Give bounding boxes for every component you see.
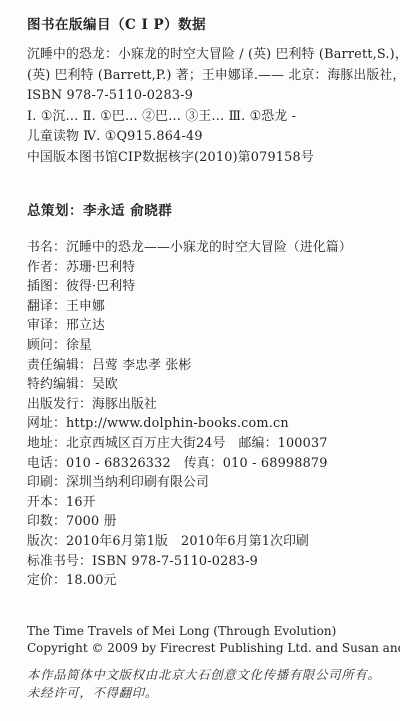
detail-print-run: 印数：7000 册	[27, 512, 390, 532]
copyright-page: 图书在版编目（C I P）数据 沉睡中的恐龙：小寐龙的时空大冒险 / (英) 巴…	[0, 0, 400, 721]
detail-translation-reviewer: 审译：邢立达	[27, 316, 390, 336]
english-title: The Time Travels of Mei Long (Through Ev…	[27, 623, 390, 640]
detail-standard-isbn: 标准书号：ISBN 978-7-5110-0283-9	[27, 552, 390, 572]
cip-isbn: ISBN 978-7-5110-0283-9	[27, 86, 390, 107]
detail-format: 开本：16开	[27, 493, 390, 513]
detail-publisher: 出版发行：海豚出版社	[27, 395, 390, 415]
publication-details: 书名：沉睡中的恐龙——小寐龙的时空大冒险（进化篇） 作者：苏珊·巴利特 插图：彼…	[27, 238, 390, 591]
detail-illustrator: 插图：彼得·巴利特	[27, 277, 390, 297]
detail-phone-fax: 电话：010 - 68326332 传真：010 - 68998879	[27, 454, 390, 474]
detail-printer: 印刷：深圳当纳利印刷有限公司	[27, 473, 390, 493]
detail-price: 定价：18.00元	[27, 571, 390, 591]
detail-consultant: 顾问：徐星	[27, 336, 390, 356]
detail-author: 作者：苏珊·巴利特	[27, 258, 390, 278]
cip-block: 沉睡中的恐龙：小寐龙的时空大冒险 / (英) 巴利特 (Barrett,S.)，…	[27, 45, 390, 169]
detail-book-title: 书名：沉睡中的恐龙——小寐龙的时空大冒险（进化篇）	[27, 238, 390, 258]
rights-holder-statement: 本作品简体中文版权由北京大石创意文化传播有限公司所有。	[27, 667, 390, 685]
no-reprint-statement: 未经许可，不得翻印。	[27, 685, 390, 703]
detail-responsible-editors: 责任编辑：吕莺 李忠孝 张彬	[27, 356, 390, 376]
cip-classification-line2: 儿童读物 Ⅳ. ①Q915.864-49	[27, 127, 390, 148]
chinese-rights-block: 本作品简体中文版权由北京大石创意文化传播有限公司所有。 未经许可，不得翻印。	[27, 667, 390, 702]
cip-title-statement-line1: 沉睡中的恐龙：小寐龙的时空大冒险 / (英) 巴利特 (Barrett,S.)，	[27, 45, 390, 66]
detail-edition: 版次：2010年6月第1版 2010年6月第1次印刷	[27, 532, 390, 552]
english-copyright-notice: Copyright © 2009 by Firecrest Publishing…	[27, 640, 390, 657]
cip-classification-line1: Ⅰ. ①沉… Ⅱ. ①巴… ②巴… ③王… Ⅲ. ①恐龙 -	[27, 107, 390, 128]
cip-header: 图书在版编目（C I P）数据	[27, 13, 390, 33]
english-copyright-block: The Time Travels of Mei Long (Through Ev…	[27, 623, 390, 657]
detail-translator: 翻译：王申娜	[27, 297, 390, 317]
chief-planner: 总策划：李永适 俞晓群	[27, 199, 390, 219]
cip-title-statement-line2: (英) 巴利特 (Barrett,P.) 著；王申娜译.—— 北京：海豚出版社，…	[27, 66, 390, 87]
detail-website: 网址：http://www.dolphin-books.com.cn	[27, 414, 390, 434]
detail-address-postcode: 地址：北京西城区百万庄大街24号 邮编：100037	[27, 434, 390, 454]
cip-registry-number: 中国版本图书馆CIP数据核字(2010)第079158号	[27, 148, 390, 169]
detail-contributing-editor: 特约编辑：吴欧	[27, 375, 390, 395]
